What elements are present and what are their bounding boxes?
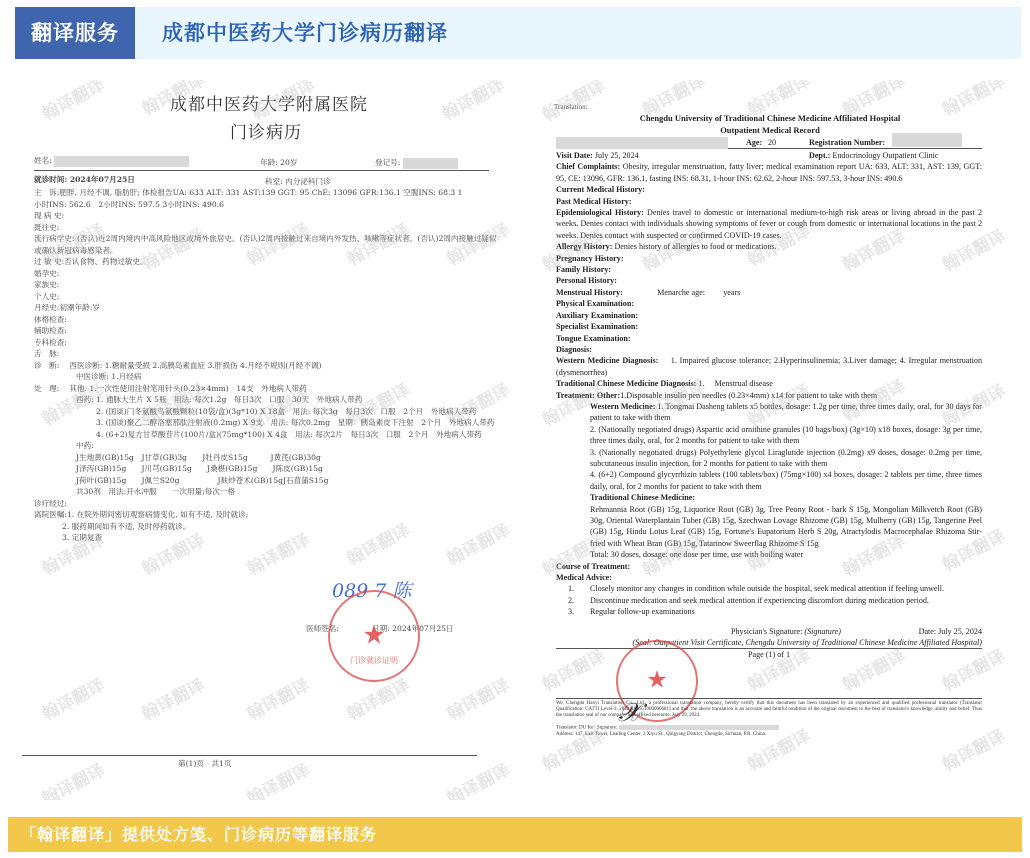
translated-hospital-name: Chengdu University of Traditional Chines… <box>540 113 1000 124</box>
divider <box>34 170 489 171</box>
hospital-stamp: ★ 门诊就诊证明 <box>328 590 420 682</box>
redacted-name <box>556 137 728 149</box>
signature-date: Date: July 25, 2024 <box>919 626 982 637</box>
age-field: 年龄: 20岁 <box>260 157 297 169</box>
advice-item: 3.Regular follow-up examinations <box>556 606 982 617</box>
footer-text: 「翰译翻译」提供处方笺、门诊病历等翻译服务 <box>20 817 377 852</box>
signature-block: Physician's Signature: (Signature) Date:… <box>556 626 982 661</box>
redacted-name <box>54 156 189 167</box>
name-field: 姓名: <box>34 155 189 167</box>
visit-time: 就诊时间: 2024年07月25日 <box>34 174 135 186</box>
translation-body: Visit Date: July 25, 2024 Dept.: Endocri… <box>556 150 982 618</box>
header-banner: 翻译服务 成都中医药大学门诊病历翻译 <box>15 7 1021 59</box>
redacted-translator-id <box>619 725 779 730</box>
star-icon: ★ <box>646 675 668 686</box>
redacted-registration <box>892 133 962 147</box>
department: 科室: 内分泌科门诊 <box>265 176 331 188</box>
record-title: 门诊病历 <box>230 128 302 140</box>
physician-signature: Physician's Signature: (Signature) <box>731 626 841 637</box>
page-number: 第(1)页 共1页 <box>178 758 232 770</box>
page-title: 成都中医药大学门诊病历翻译 <box>162 7 448 59</box>
service-tag: 翻译服务 <box>15 7 135 59</box>
original-record: 成都中医药大学附属医院 门诊病历 姓名: 年龄: 20岁 登记号: 就诊时间: … <box>20 80 520 800</box>
advice-item: 2.Discontinue medication and seek medica… <box>556 595 982 606</box>
advice-item: 1.Closely monitor any changes in conditi… <box>556 583 982 594</box>
hospital-name: 成都中医药大学附属医院 <box>170 100 368 112</box>
seal-note: (Seal: Outpatient Visit Certificate, Che… <box>556 637 982 649</box>
record-body: 主 诉:肥胖, 月经不调, 脂肪肝; 体检报告UA: 633 ALT: 331 … <box>34 187 504 544</box>
translation-label: Translation: <box>554 102 588 113</box>
page-number: Page (1) of 1 <box>556 649 982 660</box>
translator-signature: 𝒳 <box>618 708 640 719</box>
patient-id-row: Age: 20 Registration Number: <box>556 137 982 149</box>
footer-banner: 「翰译翻译」提供处方笺、门诊病历等翻译服务 <box>8 817 1022 852</box>
star-icon: ★ <box>362 630 385 642</box>
translated-record: Translation: Chengdu University of Tradi… <box>540 80 1020 780</box>
footer-divider <box>22 755 477 756</box>
registration-field: 登记号: <box>375 157 458 169</box>
redacted-registration <box>403 158 458 169</box>
